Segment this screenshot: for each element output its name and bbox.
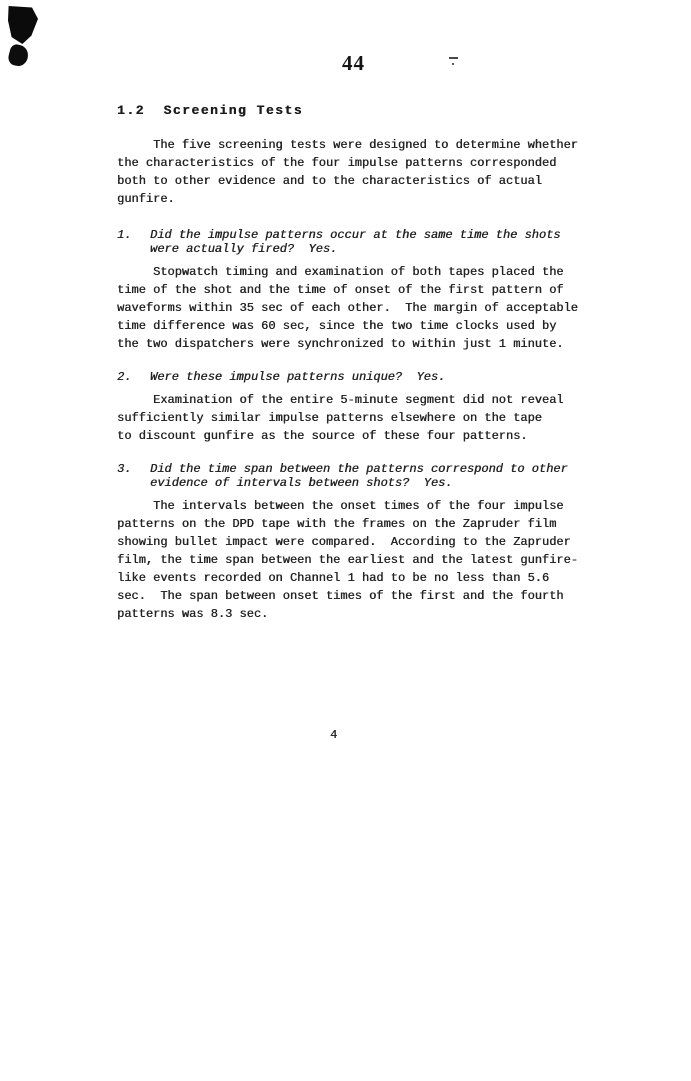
question-row: 1. Did the impulse patterns occur at the… [117, 228, 597, 256]
page-number-top: 44 [0, 51, 691, 76]
item-answer-paragraph: Examination of the entire 5-minute segme… [117, 391, 597, 445]
scan-artifact-dash-icon [449, 57, 458, 59]
item-question: Did the impulse patterns occur at the sa… [150, 228, 560, 256]
item-answer-paragraph: The intervals between the onset times of… [117, 497, 597, 623]
screening-test-item-1: 1. Did the impulse patterns occur at the… [117, 228, 597, 353]
document-page: 44 1.2 Screening Tests The five screenin… [0, 0, 691, 1081]
document-body: 1.2 Screening Tests The five screening t… [117, 103, 597, 640]
item-answer-paragraph: Stopwatch timing and examination of both… [117, 263, 597, 353]
question-row: 3. Did the time span between the pattern… [117, 462, 597, 490]
intro-paragraph: The five screening tests were designed t… [117, 136, 597, 208]
page-number-bottom: 4 [330, 728, 337, 742]
section-heading: 1.2 Screening Tests [117, 103, 597, 118]
screening-test-item-2: 2. Were these impulse patterns unique? Y… [117, 370, 597, 445]
item-number: 3. [117, 462, 150, 490]
scan-corner-mark-icon [8, 6, 38, 44]
question-row: 2. Were these impulse patterns unique? Y… [117, 370, 597, 384]
scan-artifact-dot-icon [452, 63, 454, 65]
item-question: Did the time span between the patterns c… [150, 462, 568, 490]
item-number: 2. [117, 370, 150, 384]
item-question: Were these impulse patterns unique? Yes. [150, 370, 445, 384]
item-number: 1. [117, 228, 150, 256]
screening-test-item-3: 3. Did the time span between the pattern… [117, 462, 597, 623]
